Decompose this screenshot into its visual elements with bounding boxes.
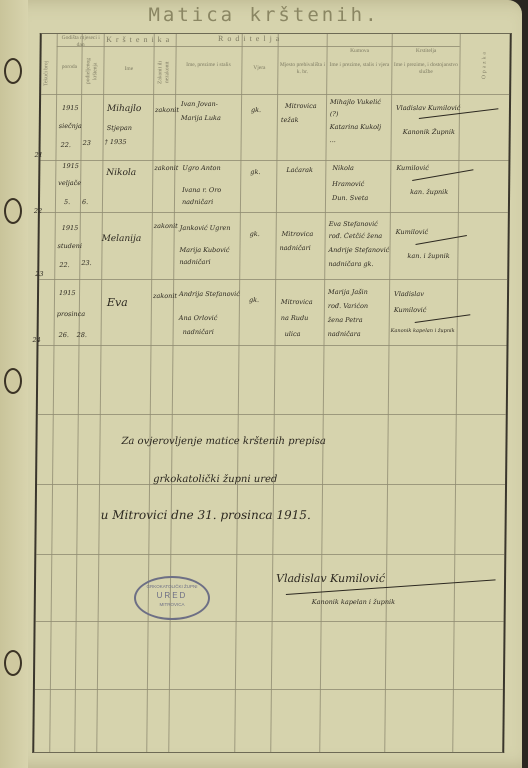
header-priest-group: Krstitelja [393, 48, 460, 55]
closing-line-1: Za ovjerovljenje matice krštenih prepisa [121, 436, 326, 447]
header-residence: Mjesto prebivališta i k. br. [278, 62, 326, 76]
header-child-group: Krštenika [105, 36, 175, 43]
header-baptism: podieljenog krštenja [85, 52, 99, 90]
ledger-page: Matica krštenih. Tekući broj Godišta mje… [0, 0, 522, 768]
header-godparents: Ime i prezime, stalis i vjera [327, 62, 391, 69]
binding-hole-icon [4, 58, 22, 84]
closing-line-3: u Mitrovici dne 31. prosinca 1915. [101, 508, 311, 522]
header-name: Ime [104, 66, 153, 73]
header-birth: poroda [57, 64, 81, 71]
register-table: Tekući broj Godišta mjeseci i dan poroda… [32, 33, 512, 753]
header-parent-name: Ime, prezime i stalis [176, 62, 240, 69]
binding-hole-icon [4, 650, 22, 676]
header-date-group: Godišta mjeseci i dan [58, 35, 104, 49]
header-priest: Ime i prezime, i dostojanstvo službe [392, 62, 459, 76]
header-number: Tekući broj [43, 54, 55, 92]
header-legitimacy: Zakonit ili nezakonit [157, 52, 171, 92]
header-notes: Opazka [481, 40, 494, 90]
signature: Vladislav Kumilović [276, 572, 385, 585]
binding-hole-icon [4, 368, 22, 394]
page-title: Matica krštenih. [0, 4, 528, 26]
header-godparents-group: Kumova [328, 48, 392, 55]
closing-line-2: grkokatolički župni ured [153, 474, 277, 485]
header-religion: Vjera [242, 65, 276, 72]
binding-hole-icon [4, 198, 22, 224]
parish-stamp: GRKOKATOLIČKI ŽUPNI URED MITROVICA [134, 576, 210, 620]
signature-title: Kanonik kapelan i župnik [312, 598, 395, 606]
header-parents-group: Roditelja [176, 35, 326, 42]
